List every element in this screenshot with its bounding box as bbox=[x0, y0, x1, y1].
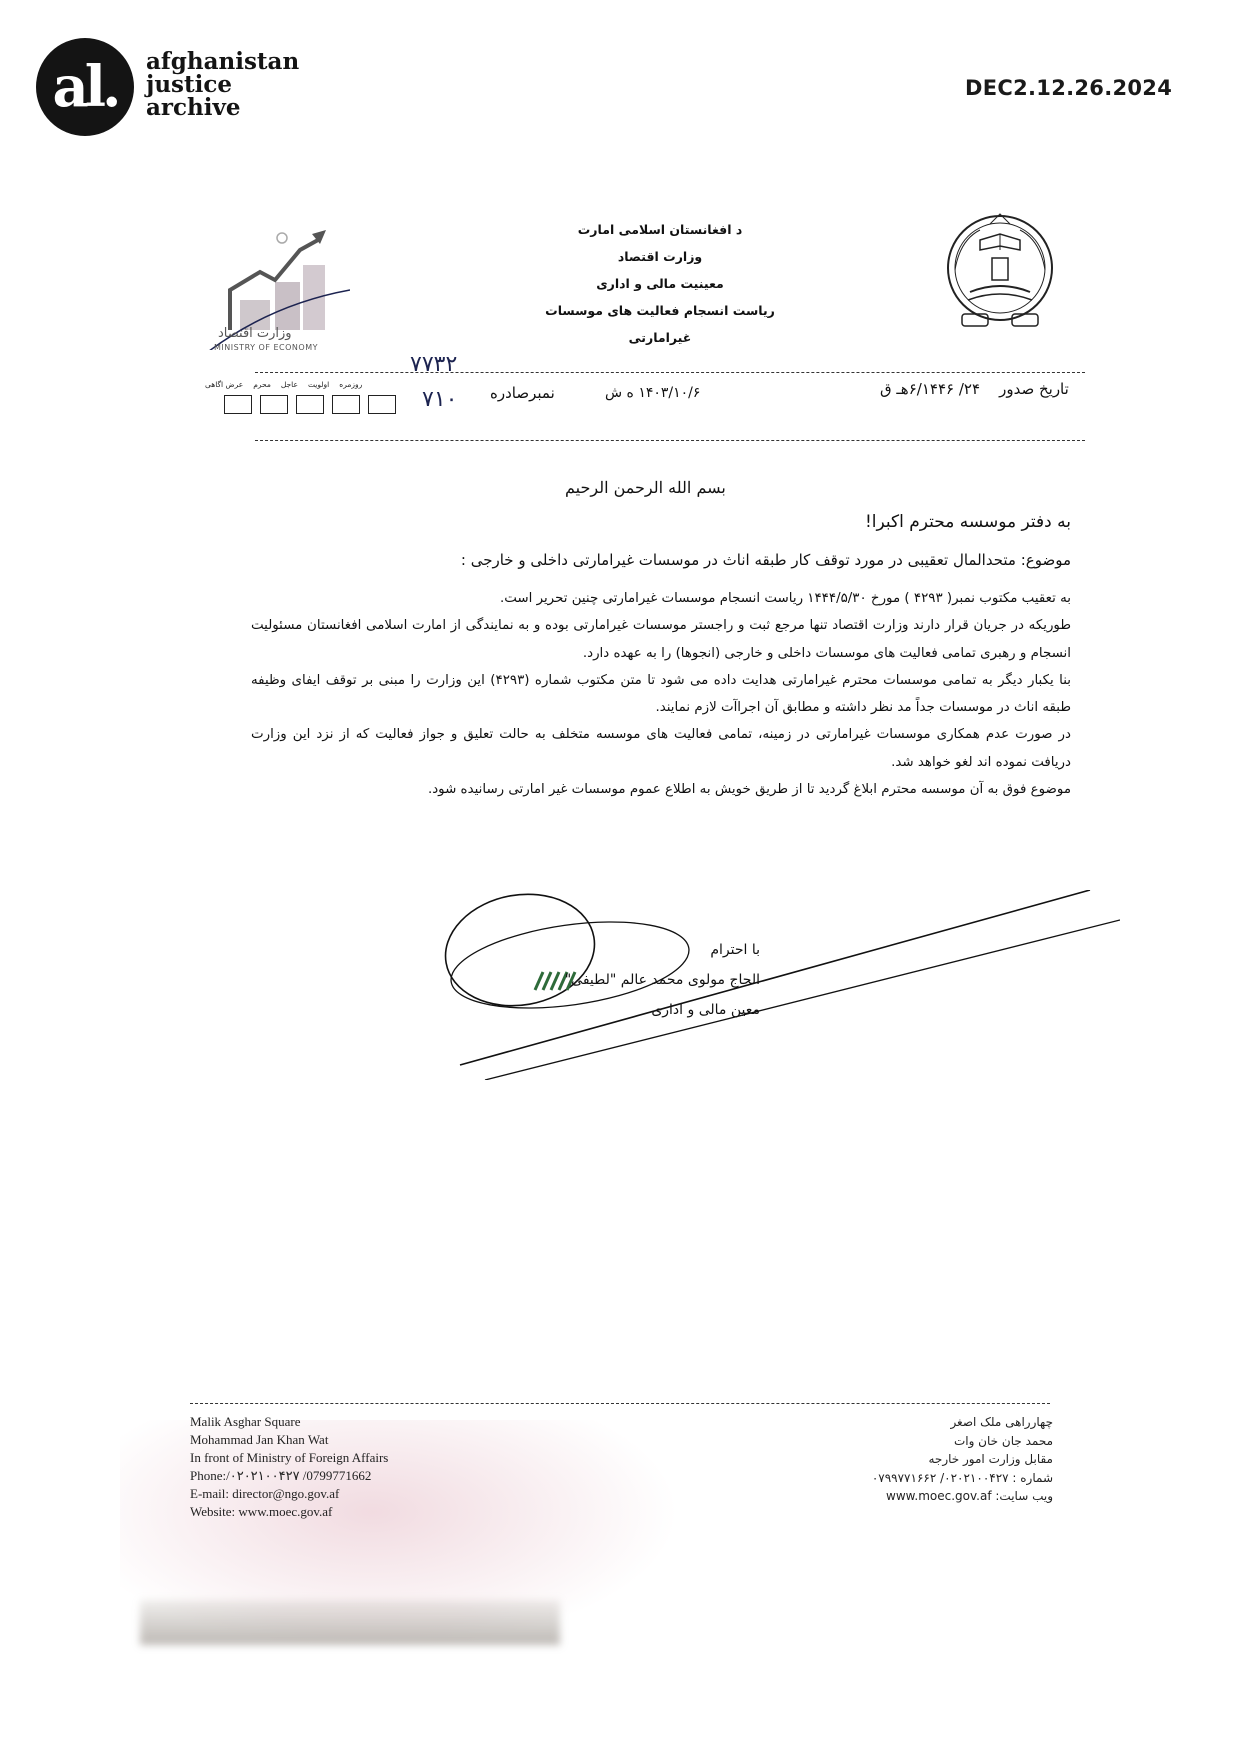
priority-checkbox-priority[interactable] bbox=[332, 395, 360, 414]
priority-label: عاجل bbox=[281, 380, 298, 389]
issue-date: تاریخ صدور ۲۴/ ۶/۱۴۴۶هـ ق bbox=[880, 380, 1069, 398]
body-paragraph: به تعقیب مکتوب نمبر( ۴۲۹۳ ) مورخ ۱۴۴۴/۵/… bbox=[251, 585, 1071, 612]
footer-line: محمد جان خان وات bbox=[872, 1432, 1053, 1451]
priority-label: روزمره bbox=[339, 380, 362, 389]
priority-labels: روزمره اولویت عاجل محرم عرض اگاهی bbox=[205, 380, 362, 389]
letterhead-line: وزارت اقتصاد bbox=[520, 243, 800, 270]
footer-contact-english: Malik Asghar Square Mohammad Jan Khan Wa… bbox=[190, 1413, 388, 1521]
archive-name-line: afghanistan bbox=[146, 50, 299, 73]
signatory-title: معین مالی و اداری bbox=[560, 995, 760, 1025]
addressee: به دفتر موسسه محترم اکبرا! bbox=[865, 512, 1071, 532]
priority-checkbox-routine[interactable] bbox=[368, 395, 396, 414]
footer-line: Malik Asghar Square bbox=[190, 1413, 388, 1431]
priority-checkbox-confidential[interactable] bbox=[260, 395, 288, 414]
footer-contact-dari: چهارراهی ملک اصغر محمد جان خان وات مقابل… bbox=[872, 1413, 1053, 1506]
priority-label: اولویت bbox=[308, 380, 329, 389]
priority-checkbox-urgent[interactable] bbox=[296, 395, 324, 414]
closing-text: با احترام bbox=[560, 935, 760, 965]
divider-line bbox=[255, 440, 1085, 441]
signature-icon bbox=[440, 890, 1120, 1080]
signature-block: با احترام الحاج مولوی محمد عالم "لطیفی" … bbox=[560, 935, 760, 1025]
body-paragraph: در صورت عدم همکاری موسسات غیرامارتی در ز… bbox=[251, 721, 1071, 776]
issue-date-shamsi: ۱۴۰۳/۱۰/۶ ه ش bbox=[605, 385, 700, 401]
footer-line: Mohammad Jan Khan Wat bbox=[190, 1431, 388, 1449]
body-paragraph: بنا یکبار دیگر به تمامی موسسات محترم غیر… bbox=[251, 667, 1071, 722]
issue-date-qamari: ۲۴/ ۶/۱۴۴۶هـ ق bbox=[880, 380, 980, 398]
handwritten-number-bottom: ۷۱۰ bbox=[422, 387, 457, 412]
footer-line: In front of Ministry of Foreign Affairs bbox=[190, 1449, 388, 1467]
footer-phone: Phone:/۰۲۰۲۱۰۰۴۲۷ /0799771662 bbox=[190, 1467, 388, 1485]
archive-name: afghanistan justice archive bbox=[146, 50, 299, 119]
letterhead-title: د افغانستان اسلامی امارت وزارت اقتصاد مع… bbox=[520, 216, 800, 351]
footer-website: Website: www.moec.gov.af bbox=[190, 1503, 388, 1521]
footer-line: چهارراهی ملک اصغر bbox=[872, 1413, 1053, 1432]
emirate-emblem-icon bbox=[940, 210, 1060, 335]
signatory-name: الحاج مولوی محمد عالم "لطیفی" bbox=[560, 965, 760, 995]
archive-name-line: archive bbox=[146, 96, 299, 119]
body-paragraph: طوریکه در جریان قرار دارند وزارت اقتصاد … bbox=[251, 612, 1071, 667]
handwritten-number-top: ۷۷۳۲ bbox=[410, 352, 457, 377]
letterhead-line: د افغانستان اسلامی امارت bbox=[520, 216, 800, 243]
issue-date-label: تاریخ صدور bbox=[999, 380, 1069, 398]
letter-body: به تعقیب مکتوب نمبر( ۴۲۹۳ ) مورخ ۱۴۴۴/۵/… bbox=[251, 585, 1071, 803]
priority-checkboxes bbox=[224, 395, 396, 414]
ministry-logo-dari: وزارت اقتصاد bbox=[218, 326, 292, 341]
bismillah: بسم الله الرحمن الرحیم bbox=[565, 478, 726, 497]
footer-divider bbox=[190, 1403, 1050, 1404]
footer-website: ویب سایت: www.moec.gov.af bbox=[872, 1487, 1053, 1506]
footer-phone: شماره : ۰۲۰۲۱۰۰۴۲۷/ ۰۷۹۹۷۷۱۶۶۲ bbox=[872, 1469, 1053, 1488]
letterhead-line: معینیت مالی و اداری bbox=[520, 270, 800, 297]
footer-email: E-mail: director@ngo.gov.af bbox=[190, 1485, 388, 1503]
body-paragraph: موضوع فوق به آن موسسه محترم ابلاغ گردید … bbox=[251, 776, 1071, 803]
archive-name-line: justice bbox=[146, 73, 299, 96]
divider-line bbox=[255, 372, 1085, 373]
outgoing-number-label: نمبرصادره bbox=[490, 384, 555, 402]
archive-logo: al. bbox=[36, 38, 134, 136]
document-id: DEC2.12.26.2024 bbox=[965, 76, 1172, 100]
footer-line: مقابل وزارت امور خارجه bbox=[872, 1450, 1053, 1469]
scan-shadow bbox=[140, 1600, 560, 1645]
ministry-logo-english: MINISTRY OF ECONOMY bbox=[214, 343, 318, 352]
subject-line: موضوع: متحدالمال تعقیبی در مورد توقف کار… bbox=[461, 551, 1071, 569]
priority-label: عرض اگاهی bbox=[205, 380, 243, 389]
letterhead-line: ریاست انسجام فعالیت های موسسات غیرامارتی bbox=[520, 297, 800, 351]
priority-checkbox-information[interactable] bbox=[224, 395, 252, 414]
archive-logo-mark: al. bbox=[52, 54, 117, 120]
priority-label: محرم bbox=[253, 380, 271, 389]
